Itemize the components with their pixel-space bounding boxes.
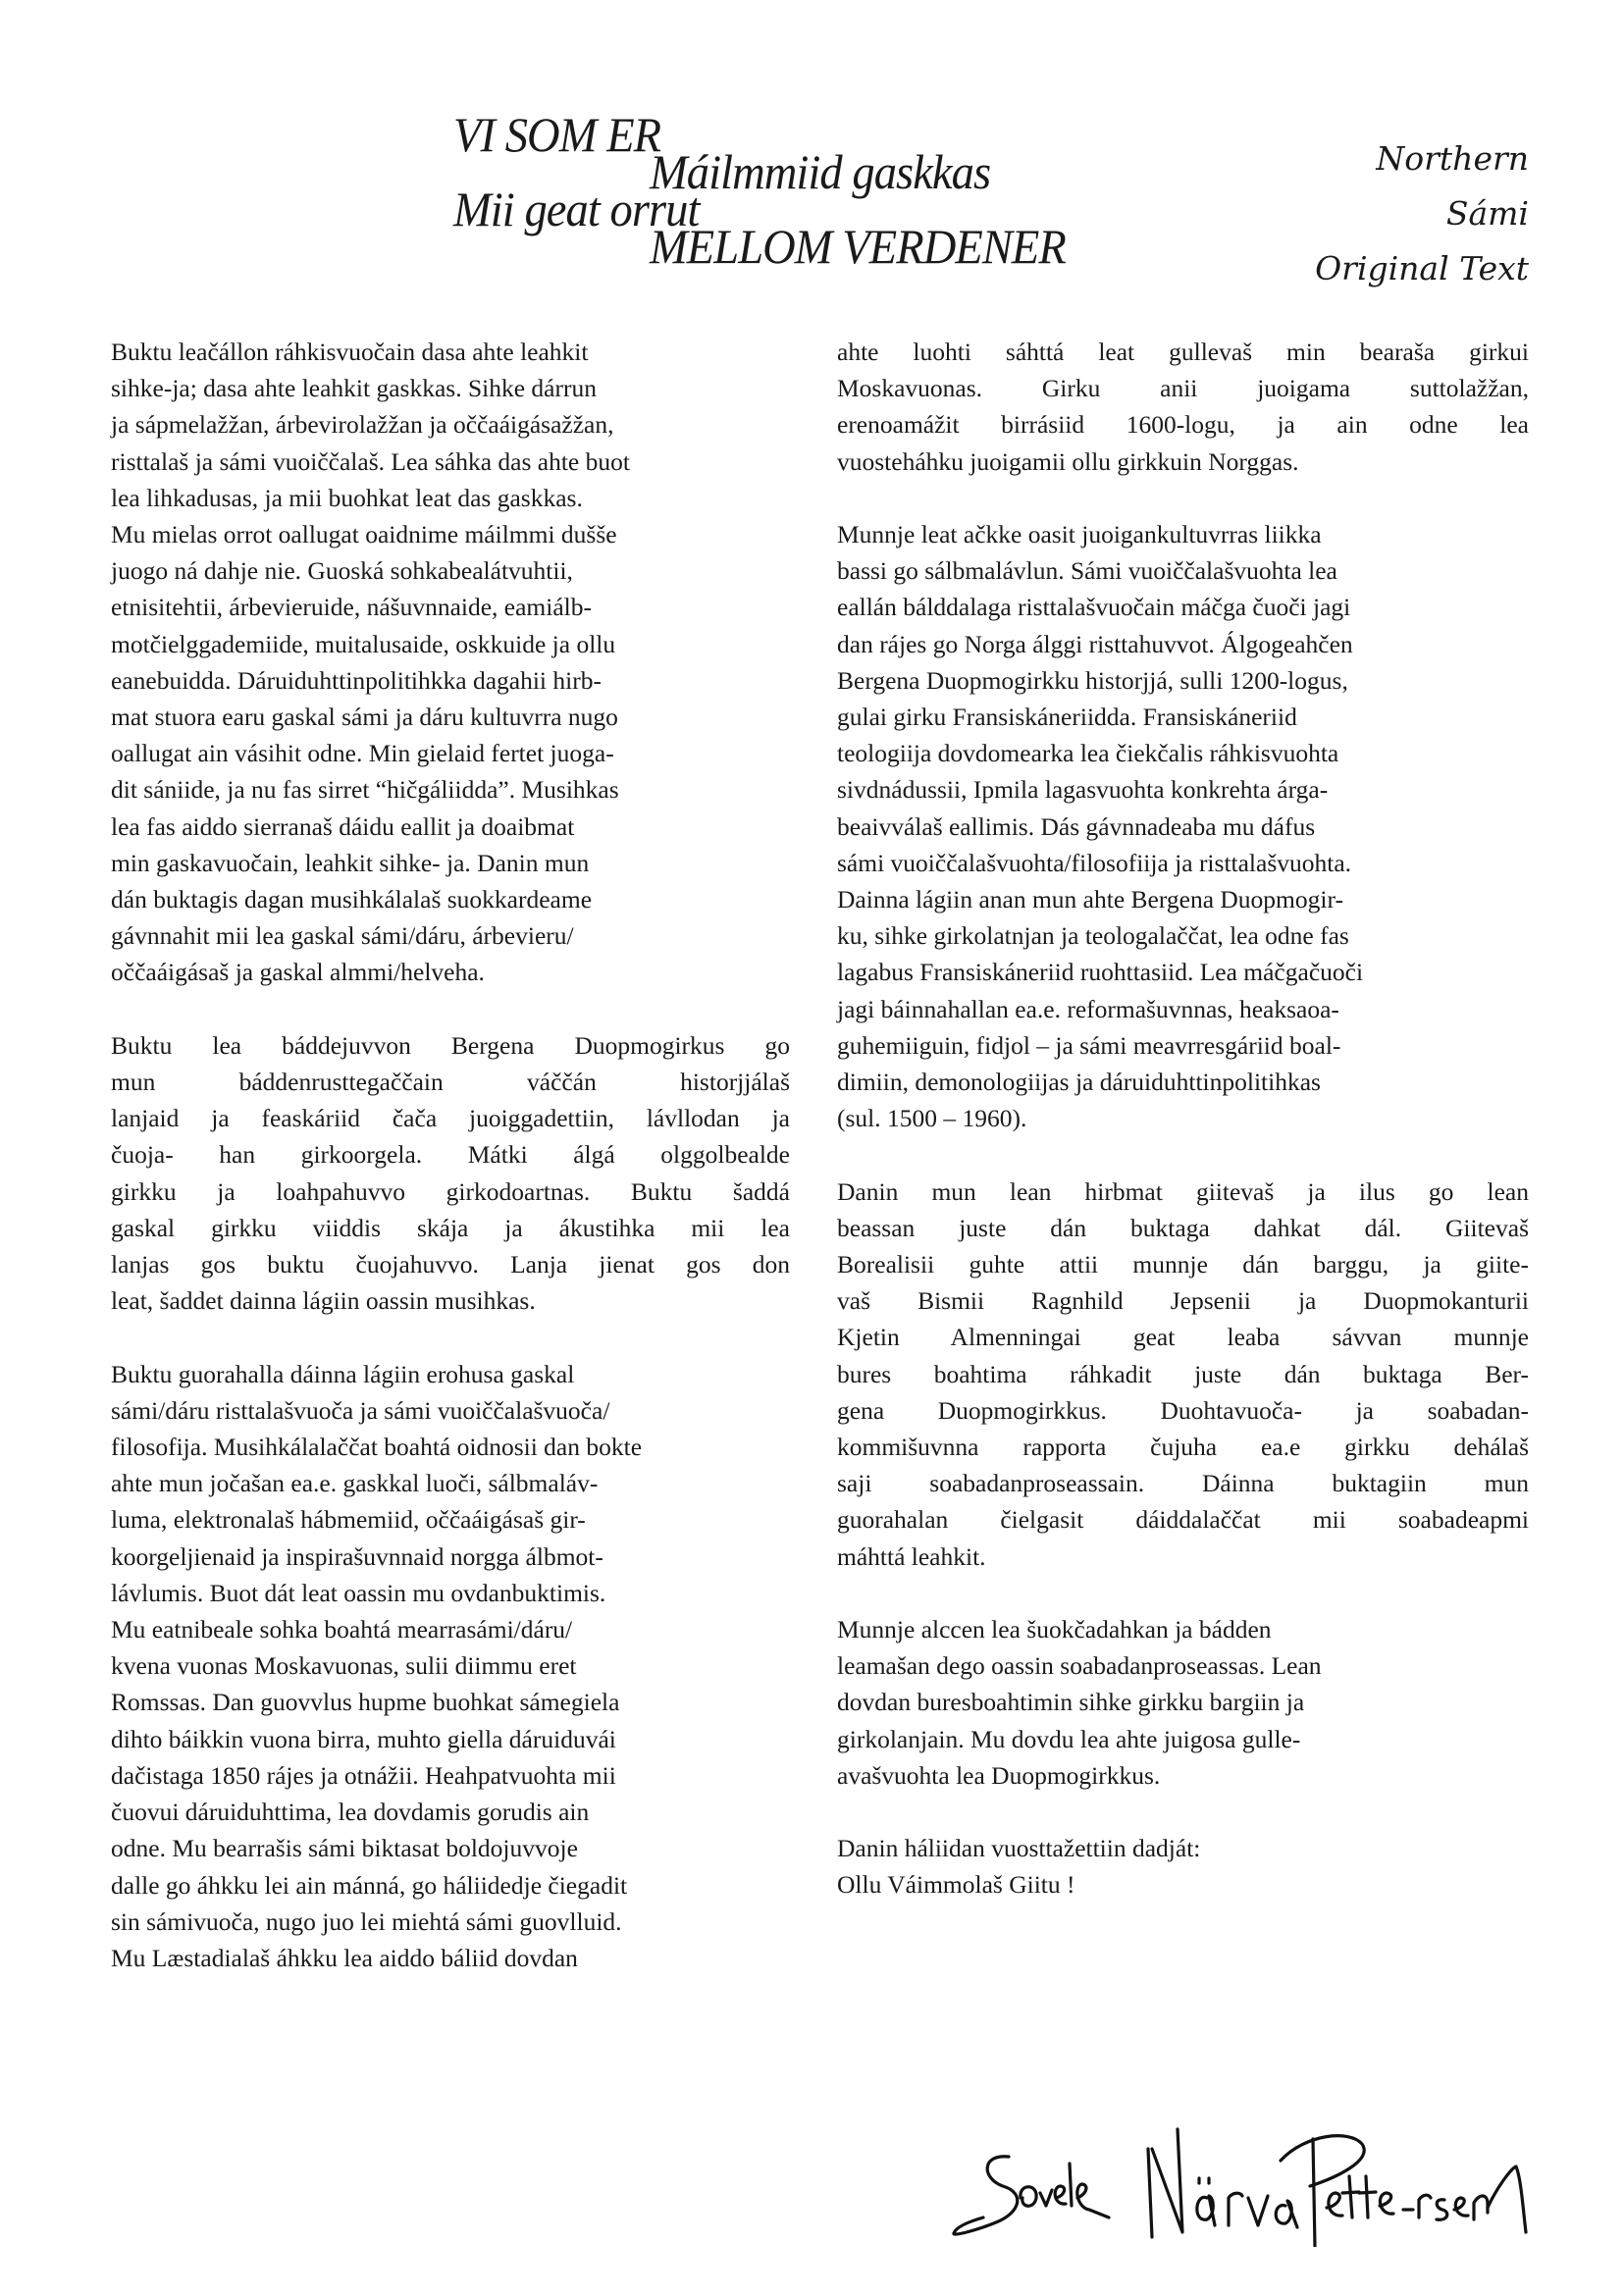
title-block: VI SOM ER Máilmmiid gaskkas Mii geat orr…: [453, 116, 1199, 265]
text-line: (sul. 1500 – 1960).: [837, 1100, 1529, 1136]
text-line: erenoamážit birrásiid 1600-logu, ja ain …: [837, 406, 1529, 443]
text-line: Buktu guorahalla dáinna lágiin erohusa g…: [111, 1356, 790, 1392]
text-line: guhemiiguin, fidjol – ja sámi meavrresgá…: [837, 1027, 1529, 1064]
text-line: sihke-ja; dasa ahte leahkit gaskkas. Sih…: [111, 370, 790, 406]
text-line: Buktu lea báddejuvvon Bergena Duopmogirk…: [111, 1027, 790, 1064]
text-line: sámi vuoiččalašvuohta/filosofiija ja ris…: [837, 845, 1529, 881]
text-line: ahte mun jočašan ea.e. gaskkal luoči, sá…: [111, 1465, 790, 1501]
text-line: Buktu leačállon ráhkisvuočain dasa ahte …: [111, 334, 790, 370]
text-line: dimiin, demonologiijas ja dáruiduhttinpo…: [837, 1064, 1529, 1100]
text-line: jagi báinnahallan ea.e. reformašuvnnas, …: [837, 991, 1529, 1027]
text-line: ku, sihke girkolatnjan ja teologalaččat,…: [837, 917, 1529, 954]
text-line: koorgeljienaid ja inspirašuvnnaid norgga…: [111, 1539, 790, 1575]
title-line-norwegian-2: MELLOM VERDENER: [650, 228, 1161, 265]
paragraph: Munnje alccen lea šuokčadahkan ja bádden…: [837, 1611, 1529, 1794]
text-line: dačistaga 1850 rájes ja otnážii. Heahpat…: [111, 1757, 790, 1794]
text-line: máhttá leahkit.: [837, 1539, 1529, 1575]
text-line: leamašan dego oassin soabadanproseassas.…: [837, 1647, 1529, 1684]
language-label-line: Original Text: [1315, 241, 1529, 296]
text-line: bassi go sálbmalávlun. Sámi vuoiččalašvu…: [837, 552, 1529, 589]
text-line: beaivválaš eallimis. Dás gávnnadeaba mu …: [837, 809, 1529, 845]
text-line: lea lihkadusas, ja mii buohkat leat das …: [111, 480, 790, 516]
paragraph: Buktu lea báddejuvvon Bergena Duopmogirk…: [111, 1027, 790, 1320]
text-line: Mu eatnibeale sohka boahtá mearrasámi/dá…: [111, 1611, 790, 1647]
paragraph: Munnje leat ačkke oasit juoigankultuvrra…: [837, 516, 1529, 1136]
text-line: filosofija. Musihkálalaččat boahtá oidno…: [111, 1429, 790, 1465]
text-line: luma, elektronalaš hábmemiid, oččaáigása…: [111, 1501, 790, 1538]
left-column: Buktu leačállon ráhkisvuočain dasa ahte …: [111, 334, 790, 2012]
text-line: Munnje leat ačkke oasit juoigankultuvrra…: [837, 516, 1529, 552]
text-line: girkolanjain. Mu dovdu lea ahte juigosa …: [837, 1721, 1529, 1757]
text-line: Danin mun lean hirbmat giitevaš ja ilus …: [837, 1174, 1529, 1210]
text-line: leat, šaddet dainna lágiin oassin musihk…: [111, 1282, 790, 1319]
paragraph: Buktu guorahalla dáinna lágiin erohusa g…: [111, 1356, 790, 1976]
paragraph: ahte luohti sáhttá leat gullevaš min bea…: [837, 334, 1529, 480]
text-line: Kjetin Almenningai geat leaba sávvan mun…: [837, 1319, 1529, 1355]
text-line: ahte luohti sáhttá leat gullevaš min bea…: [837, 334, 1529, 370]
text-line: beassan juste dán buktaga dahkat dál. Gi…: [837, 1210, 1529, 1246]
text-line: sin sámivuoča, nugo juo lei miehtá sámi …: [111, 1904, 790, 1940]
text-line: dit sániide, ja nu fas sirret “hičgáliid…: [111, 771, 790, 808]
text-line: lea fas aiddo sierranaš dáidu eallit ja …: [111, 809, 790, 845]
text-line: Munnje alccen lea šuokčadahkan ja bádden: [837, 1611, 1529, 1647]
text-line: sámi/dáru risttalašvuoča ja sámi vuoičča…: [111, 1392, 790, 1429]
text-line: čuoja- han girkoorgela. Mátki álgá olggo…: [111, 1136, 790, 1173]
text-line: kommišuvnna rapporta čujuha ea.e girkku …: [837, 1429, 1529, 1465]
text-line: Ollu Váimmolaš Giitu !: [837, 1866, 1529, 1903]
title-line-sami-1: Máilmmiid gaskkas: [650, 153, 1161, 190]
text-line: lávlumis. Buot dát leat oassin mu ovdanb…: [111, 1575, 790, 1611]
text-line: Moskavuonas. Girku anii juoigama suttola…: [837, 370, 1529, 406]
text-line: eanebuidda. Dáruiduhttinpolitihkka dagah…: [111, 662, 790, 699]
text-line: bures boahtima ráhkadit juste dán buktag…: [837, 1356, 1529, 1392]
text-line: ja sápmelažžan, árbevirolažžan ja oččaái…: [111, 406, 790, 443]
text-line: Borealisii guhte attii munnje dán barggu…: [837, 1246, 1529, 1282]
right-column: ahte luohti sáhttá leat gullevaš min bea…: [837, 334, 1529, 1940]
text-line: odne. Mu bearrašis sámi biktasat boldoju…: [111, 1830, 790, 1866]
text-line: avašvuohta lea Duopmogirkkus.: [837, 1757, 1529, 1794]
text-line: dalle go áhkku lei ain mánná, go háliide…: [111, 1867, 790, 1904]
text-line: etnisitehtii, árbevieruide, nášuvnnaide,…: [111, 589, 790, 625]
text-line: Mu Læstadialaš áhkku lea aiddo báliid do…: [111, 1940, 790, 1976]
text-line: dovdan buresboahtimin sihke girkku bargi…: [837, 1684, 1529, 1720]
text-line: dihto báikkin vuona birra, muhto giella …: [111, 1721, 790, 1757]
text-line: saji soabadanproseassain. Dáinna buktagi…: [837, 1465, 1529, 1501]
text-line: lanjaid ja feaskáriid čača juoiggadettii…: [111, 1100, 790, 1136]
text-line: Mu mielas orrot oallugat oaidnime máilmm…: [111, 516, 790, 552]
text-line: lagabus Fransiskáneriid ruohttasiid. Lea…: [837, 954, 1529, 990]
language-label: Northern Sámi Original Text: [1315, 131, 1529, 296]
text-line: eallán bálddalaga risttalašvuočain máčga…: [837, 589, 1529, 625]
text-line: juogo ná dahje nie. Guoská sohkabealátvu…: [111, 552, 790, 589]
text-line: risttalaš ja sámi vuoiččalaš. Lea sáhka …: [111, 444, 790, 480]
text-line: guorahalan čielgasit dáiddalaččat mii so…: [837, 1501, 1529, 1538]
text-line: Danin háliidan vuosttažettiin dadját:: [837, 1830, 1529, 1866]
text-line: Romssas. Dan guovvlus hupme buohkat sáme…: [111, 1684, 790, 1720]
language-label-line: Sámi: [1315, 186, 1529, 241]
text-line: gulai girku Fransiskáneriidda. Fransiská…: [837, 699, 1529, 735]
text-line: min gaskavuočain, leahkit sihke- ja. Dan…: [111, 845, 790, 881]
text-line: Bergena Duopmogirkku historjjá, sulli 12…: [837, 662, 1529, 699]
text-line: vuosteháhku juoigamii ollu girkkuin Norg…: [837, 444, 1529, 480]
text-line: dán buktagis dagan musihkálalaš suokkard…: [111, 881, 790, 917]
text-line: kvena vuonas Moskavuonas, sulii diimmu e…: [111, 1647, 790, 1684]
text-line: gaskal girkku viiddis skája ja ákustihka…: [111, 1210, 790, 1246]
text-line: oallugat ain vásihit odne. Min gielaid f…: [111, 735, 790, 771]
text-line: teologiija dovdomearka lea čiekčalis ráh…: [837, 735, 1529, 771]
text-line: girkku ja loahpahuvvo girkodoartnas. Buk…: [111, 1174, 790, 1210]
paragraph: Danin mun lean hirbmat giitevaš ja ilus …: [837, 1174, 1529, 1575]
text-line: dan rájes go Norga álggi risttahuvvot. Á…: [837, 626, 1529, 662]
text-line: gena Duopmogirkkus. Duohtavuoča- ja soab…: [837, 1392, 1529, 1429]
signature-icon: [942, 2100, 1570, 2247]
text-line: motčielggademiide, muitalusaide, oskkuid…: [111, 626, 790, 662]
text-line: oččaáigásaš ja gaskal almmi/helveha.: [111, 954, 790, 990]
text-line: Dainna lágiin anan mun ahte Bergena Duop…: [837, 881, 1529, 917]
text-line: mat stuora earu gaskal sámi ja dáru kult…: [111, 699, 790, 735]
text-line: mun báddenrusttegaččain váččán historjjá…: [111, 1064, 790, 1100]
text-line: vaš Bismii Ragnhild Jepsenii ja Duopmoka…: [837, 1282, 1529, 1319]
text-line: gávnnahit mii lea gaskal sámi/dáru, árbe…: [111, 917, 790, 954]
text-line: sivdnádussii, Ipmila lagasvuohta konkreh…: [837, 771, 1529, 808]
text-line: lanjas gos buktu čuojahuvvo. Lanja jiena…: [111, 1246, 790, 1282]
paragraph: Buktu leačállon ráhkisvuočain dasa ahte …: [111, 334, 790, 991]
paragraph: Danin háliidan vuosttažettiin dadját:Oll…: [837, 1830, 1529, 1903]
language-label-line: Northern: [1315, 131, 1529, 186]
text-line: čuovui dáruiduhttima, lea dovdamis gorud…: [111, 1794, 790, 1830]
